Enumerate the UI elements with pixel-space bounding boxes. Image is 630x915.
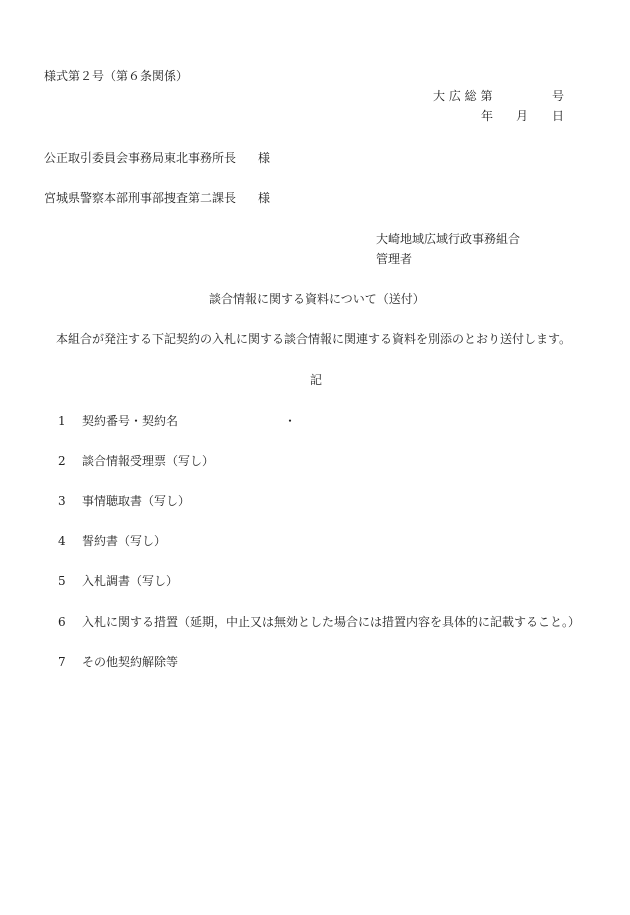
item-text: その他契約解除等 bbox=[82, 655, 178, 669]
recipient-name: 宮城県警察本部刑事部捜査第二課長 bbox=[44, 191, 236, 205]
item-number: 3 bbox=[58, 494, 82, 508]
reference-number-prefix: 大 広 総 第 bbox=[433, 89, 492, 103]
sender-title: 管理者 bbox=[376, 252, 412, 266]
item-text: 事情聴取書（写し） bbox=[82, 494, 190, 508]
reference-number-suffix: 号 bbox=[552, 89, 564, 103]
item-number: 6 bbox=[58, 615, 82, 629]
item-number: 7 bbox=[58, 655, 82, 669]
list-item: 7その他契約解除等 bbox=[58, 655, 178, 669]
body-text: 本組合が発注する下記契約の入札に関する談合情報に関連する資料を別添のとおり送付し… bbox=[56, 332, 571, 346]
item-number: 5 bbox=[58, 574, 82, 588]
list-item: 4誓約書（写し） bbox=[58, 534, 166, 548]
recipient-name: 公正取引委員会事務局東北事務所長 bbox=[44, 151, 236, 165]
list-item: 1契約番号・契約名 bbox=[58, 414, 178, 428]
date-year: 年 bbox=[481, 109, 493, 123]
ki-heading: 記 bbox=[310, 373, 322, 387]
item-number: 1 bbox=[58, 414, 82, 428]
list-item: 2談合情報受理票（写し） bbox=[58, 454, 214, 468]
item-blank-separator: ・ bbox=[284, 414, 296, 428]
list-item: 3事情聴取書（写し） bbox=[58, 494, 190, 508]
item-text: 入札調書（写し） bbox=[82, 574, 178, 588]
sender-organization: 大崎地域広域行政事務組合 bbox=[376, 232, 520, 246]
recipient-honorific: 様 bbox=[258, 191, 270, 205]
date-day: 日 bbox=[552, 109, 564, 123]
item-text: 誓約書（写し） bbox=[82, 534, 166, 548]
item-text: 契約番号・契約名 bbox=[82, 414, 178, 428]
recipient-honorific: 様 bbox=[258, 151, 270, 165]
subject-title: 談合情報に関する資料について（送付） bbox=[209, 292, 425, 306]
item-number: 2 bbox=[58, 454, 82, 468]
item-text: 談合情報受理票（写し） bbox=[82, 454, 214, 468]
date-month: 月 bbox=[516, 109, 528, 123]
item-text: 入札に関する措置（延期，中止又は無効とした場合には措置内容を具体的に記載すること… bbox=[82, 615, 580, 629]
form-label: 様式第２号（第６条関係） bbox=[44, 69, 188, 83]
item-number: 4 bbox=[58, 534, 82, 548]
list-item: 6入札に関する措置（延期，中止又は無効とした場合には措置内容を具体的に記載するこ… bbox=[58, 615, 580, 629]
list-item: 5入札調書（写し） bbox=[58, 574, 178, 588]
